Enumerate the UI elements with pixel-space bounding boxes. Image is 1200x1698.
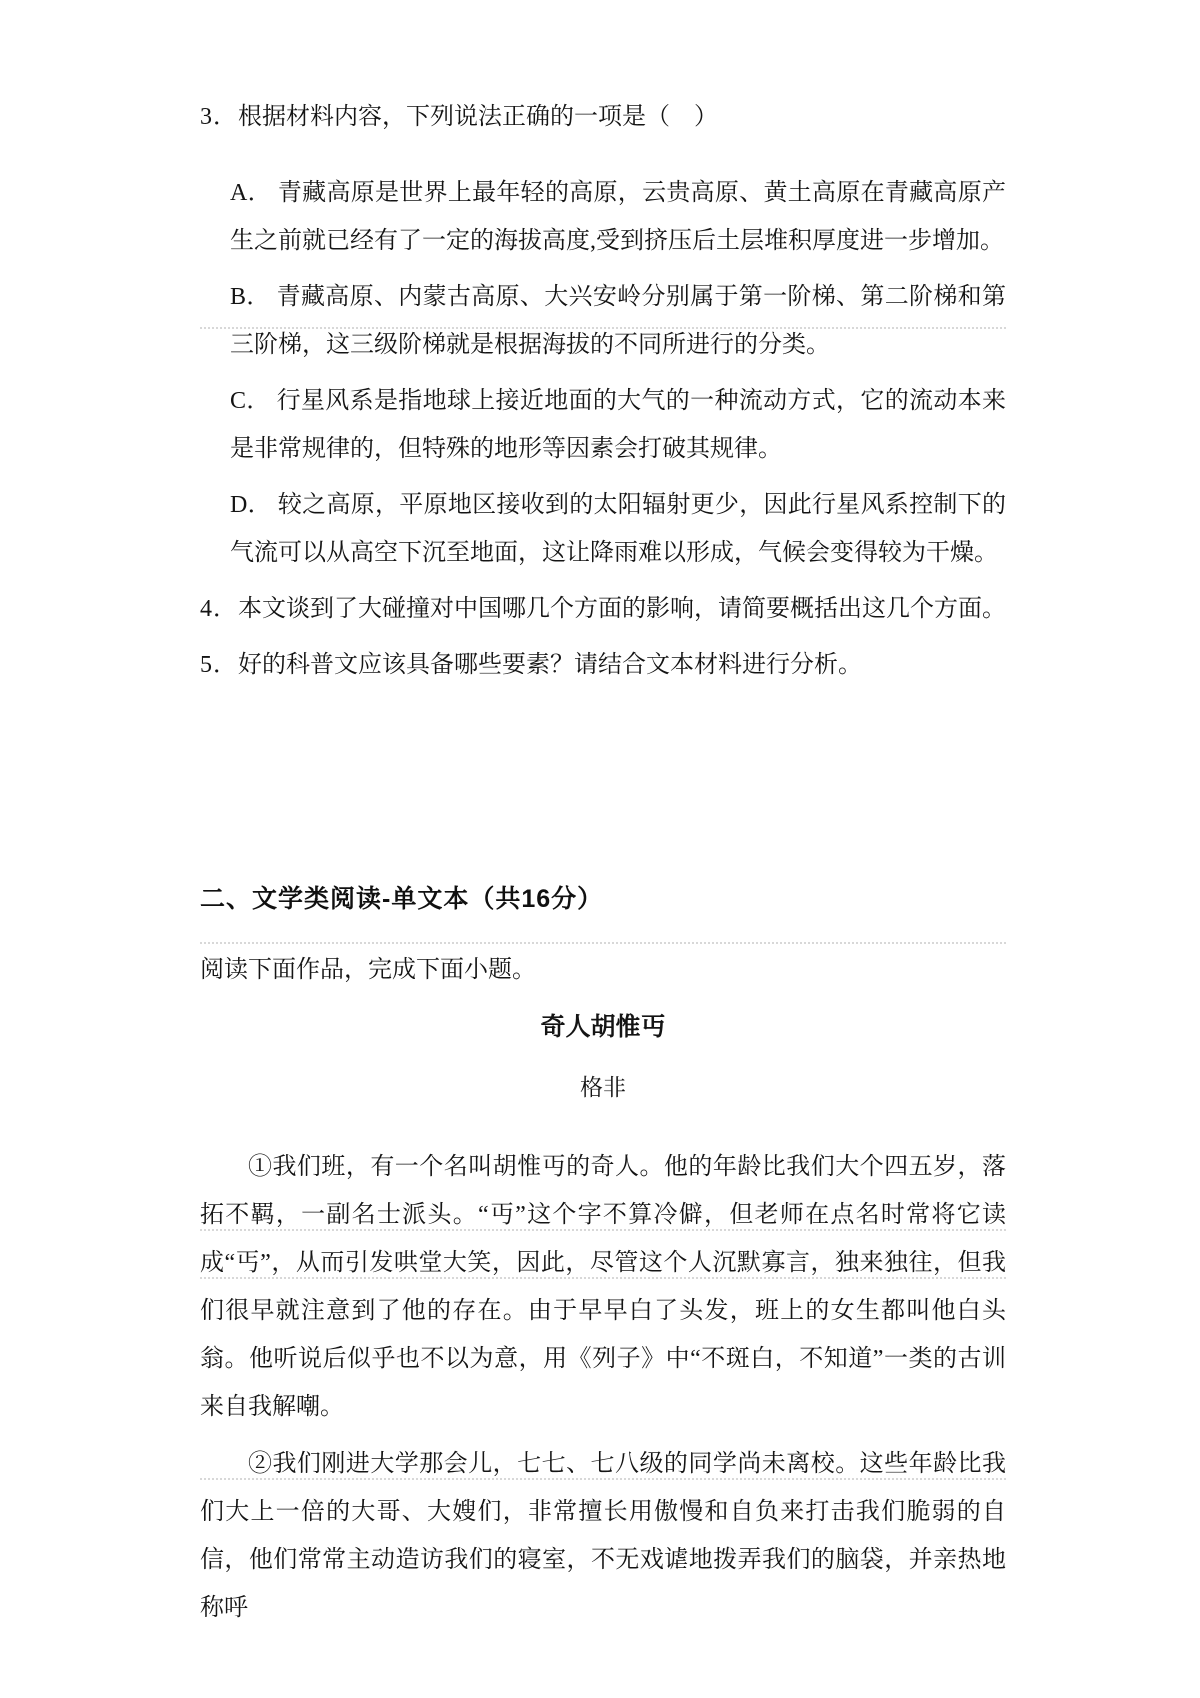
question-5-stem: 5．好的科普文应该具备哪些要素？请结合文本材料进行分析。 xyxy=(200,641,1006,689)
question-4-text: 本文谈到了大碰撞对中国哪几个方面的影响，请简要概括出这几个方面。 xyxy=(238,596,1006,622)
option-d-label: D． xyxy=(230,492,272,518)
question-3-option-d: D．较之高原，平原地区接收到的太阳辐射更少，因此行星风系控制下的气流可以从高空下… xyxy=(230,481,1006,577)
scan-dotted-line-4 xyxy=(200,1277,1006,1279)
option-d-text: 较之高原，平原地区接收到的太阳辐射更少，因此行星风系控制下的气流可以从高空下沉至… xyxy=(230,492,1006,566)
scan-dotted-line-5 xyxy=(200,1478,1006,1480)
scan-dotted-line-3 xyxy=(200,1229,1006,1231)
text-block: 3．根据材料内容，下列说法正确的一项是（ ） A．青藏高原是世界上最年轻的高原，… xyxy=(200,93,1006,1632)
author-name: 格非 xyxy=(200,1064,1006,1112)
question-3-option-a: A．青藏高原是世界上最年轻的高原，云贵高原、黄土高原在青藏高原产生之前就已经有了… xyxy=(230,169,1006,265)
story-paragraph-2: ②我们刚进大学那会儿，七七、七八级的同学尚未离校。这些年龄比我们大上一倍的大哥、… xyxy=(200,1440,1006,1632)
option-c-label: C． xyxy=(230,388,271,414)
question-4-number: 4． xyxy=(200,596,238,622)
scan-dotted-line-1 xyxy=(200,327,1006,329)
option-a-label: A． xyxy=(230,180,272,206)
option-c-text: 行星风系是指地球上接近地面的大气的一种流动方式，它的流动本来是非常规律的，但特殊… xyxy=(230,388,1006,462)
question-5-text: 好的科普文应该具备哪些要素？请结合文本材料进行分析。 xyxy=(238,652,862,678)
question-3-option-b: B．青藏高原、内蒙古高原、大兴安岭分别属于第一阶梯、第二阶梯和第三阶梯，这三级阶… xyxy=(230,273,1006,369)
option-b-text: 青藏高原、内蒙古高原、大兴安岭分别属于第一阶梯、第二阶梯和第三阶梯，这三级阶梯就… xyxy=(230,284,1006,358)
exam-paper-page: 3．根据材料内容，下列说法正确的一项是（ ） A．青藏高原是世界上最年轻的高原，… xyxy=(0,0,1200,1698)
question-3-number: 3． xyxy=(200,104,238,130)
question-3-stem: 3．根据材料内容，下列说法正确的一项是（ ） xyxy=(200,93,1006,141)
work-title: 奇人胡惟丏 xyxy=(200,1004,1006,1052)
option-b-label: B． xyxy=(230,284,271,310)
question-3-text: 根据材料内容，下列说法正确的一项是（ ） xyxy=(238,104,718,130)
story-paragraph-1: ①我们班，有一个名叫胡惟丏的奇人。他的年龄比我们大个四五岁，落拓不羁，一副名士派… xyxy=(200,1143,1006,1431)
question-3-option-c: C．行星风系是指地球上接近地面的大气的一种流动方式，它的流动本来是非常规律的，但… xyxy=(230,377,1006,473)
question-4-stem: 4．本文谈到了大碰撞对中国哪几个方面的影响，请简要概括出这几个方面。 xyxy=(200,585,1006,633)
section-2-heading: 二、文学类阅读-单文本（共16分） xyxy=(200,881,1006,917)
scan-dotted-line-2 xyxy=(200,942,1006,944)
option-a-text: 青藏高原是世界上最年轻的高原，云贵高原、黄土高原在青藏高原产生之前就已经有了一定… xyxy=(230,180,1006,254)
reading-instruction: 阅读下面作品，完成下面小题。 xyxy=(200,946,1006,994)
question-5-number: 5． xyxy=(200,652,238,678)
